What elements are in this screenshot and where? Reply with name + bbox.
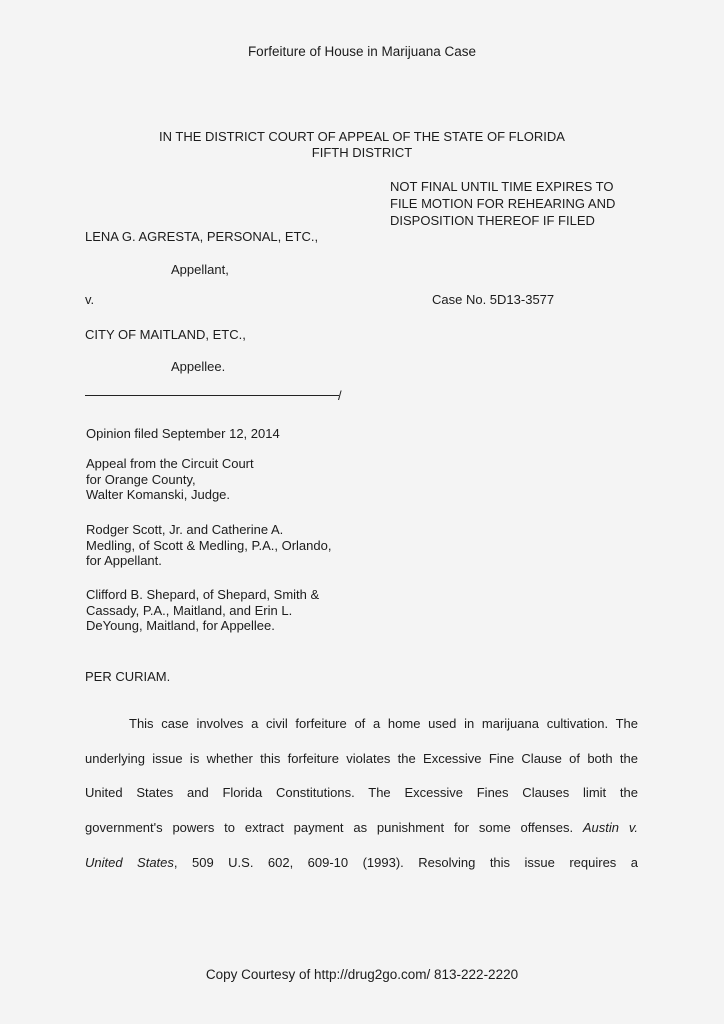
appellee-role: Appellee.	[171, 359, 225, 374]
footer-courtesy: Copy Courtesy of http://drug2go.com/ 813…	[0, 967, 724, 982]
court-district: FIFTH DISTRICT	[0, 145, 724, 160]
case-citation: Austin v.	[583, 820, 638, 835]
appeal-from-line: Walter Komanski, Judge.	[86, 487, 254, 503]
court-name: IN THE DISTRICT COURT OF APPEAL OF THE S…	[0, 129, 724, 144]
counsel-appellee: Clifford B. Shepard, of Shepard, Smith &…	[86, 587, 319, 634]
opinion-filed-date: Opinion filed September 12, 2014	[86, 426, 280, 442]
body-line: government's powers to extract payment a…	[85, 820, 638, 836]
body-text: , 509 U.S. 602, 609-10 (1993). Resolving…	[174, 855, 638, 870]
body-line: United States, 509 U.S. 602, 609-10 (199…	[85, 855, 638, 871]
counsel-line: Rodger Scott, Jr. and Catherine A.	[86, 522, 331, 538]
appeal-from-line: for Orange County,	[86, 472, 254, 488]
appeal-from-line: Appeal from the Circuit Court	[86, 456, 254, 472]
counsel-line: Clifford B. Shepard, of Shepard, Smith &	[86, 587, 319, 603]
caption-divider-slash: /	[338, 388, 342, 403]
appellee-name: CITY OF MAITLAND, ETC.,	[85, 327, 246, 342]
versus: v.	[85, 292, 94, 307]
body-line: United States and Florida Constitutions.…	[85, 785, 638, 801]
body-line: underlying issue is whether this forfeit…	[85, 751, 638, 767]
counsel-line: DeYoung, Maitland, for Appellee.	[86, 618, 319, 634]
caption-divider	[85, 395, 339, 396]
body-line: This case involves a civil forfeiture of…	[85, 716, 638, 732]
finality-notice: NOT FINAL UNTIL TIME EXPIRES TO FILE MOT…	[390, 178, 615, 229]
case-citation: United States	[85, 855, 174, 870]
case-number: Case No. 5D13-3577	[432, 292, 554, 307]
per-curiam-heading: PER CURIAM.	[85, 669, 170, 684]
body-text: government's powers to extract payment a…	[85, 820, 573, 835]
page-header-title: Forfeiture of House in Marijuana Case	[0, 44, 724, 59]
appellant-role: Appellant,	[171, 262, 229, 277]
appeal-from: Appeal from the Circuit Court for Orange…	[86, 456, 254, 503]
counsel-appellant: Rodger Scott, Jr. and Catherine A. Medli…	[86, 522, 331, 569]
notice-line: FILE MOTION FOR REHEARING AND	[390, 195, 615, 212]
notice-line: NOT FINAL UNTIL TIME EXPIRES TO	[390, 178, 615, 195]
counsel-line: Medling, of Scott & Medling, P.A., Orlan…	[86, 538, 331, 554]
counsel-line: Cassady, P.A., Maitland, and Erin L.	[86, 603, 319, 619]
notice-line: DISPOSITION THEREOF IF FILED	[390, 212, 615, 229]
counsel-line: for Appellant.	[86, 553, 331, 569]
appellant-name: LENA G. AGRESTA, PERSONAL, ETC.,	[85, 229, 318, 244]
